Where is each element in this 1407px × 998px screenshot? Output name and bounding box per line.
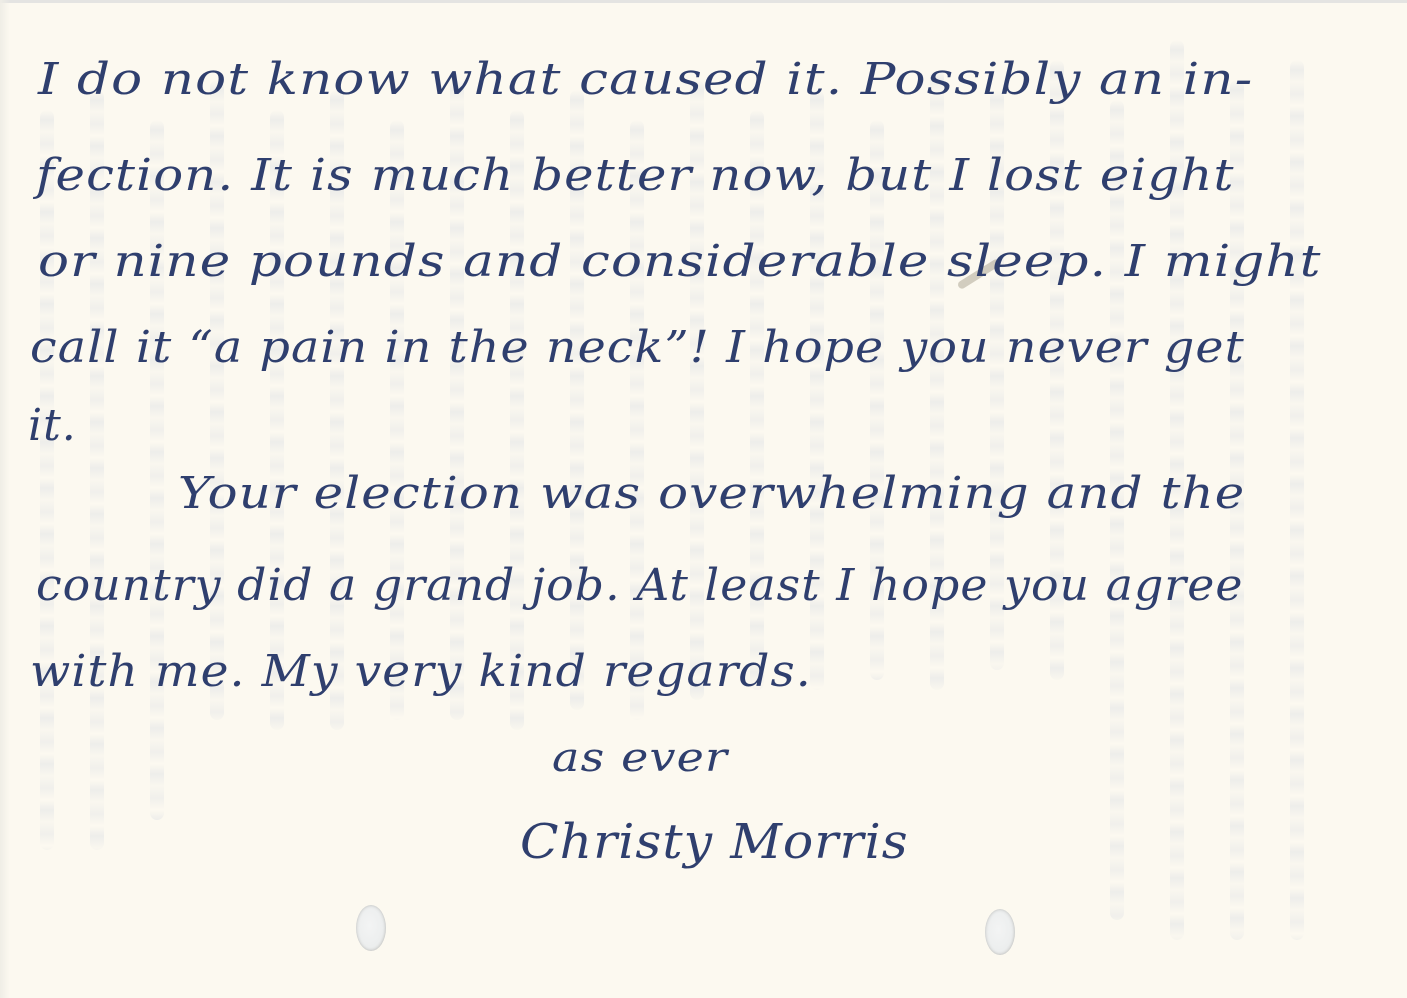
bleed-through-column	[90, 90, 104, 850]
letter-line: or nine pounds and considerable sleep. I…	[38, 236, 1322, 287]
bleed-through-column	[390, 120, 404, 720]
bleed-through-column	[1290, 60, 1304, 940]
valediction: as ever	[552, 735, 728, 781]
letter-line: fection. It is much better now, but I lo…	[36, 150, 1235, 201]
punch-hole-left	[356, 905, 386, 951]
bleed-through-column	[40, 110, 54, 850]
signature: Christy Morris	[520, 814, 909, 870]
punch-hole-right	[985, 909, 1015, 955]
bleed-through-column	[150, 120, 164, 820]
letter-line: call it “a pain in the neck”! I hope you…	[30, 322, 1245, 373]
scan-top-edge	[0, 0, 1407, 3]
bleed-through-column	[510, 110, 524, 730]
letter-line: country did a grand job. At least I hope…	[36, 560, 1243, 611]
letter-page: I do not know what caused it. Possibly a…	[0, 0, 1407, 998]
bleed-through-column	[630, 120, 644, 720]
letter-line: with me. My very kind regards.	[30, 646, 812, 697]
letter-line: it.	[28, 400, 77, 451]
bleed-through-column	[270, 110, 284, 730]
letter-line: Your election was overwhelming and the	[178, 468, 1245, 519]
letter-line: I do not know what caused it. Possibly a…	[38, 54, 1253, 105]
scan-left-shadow	[0, 0, 10, 998]
